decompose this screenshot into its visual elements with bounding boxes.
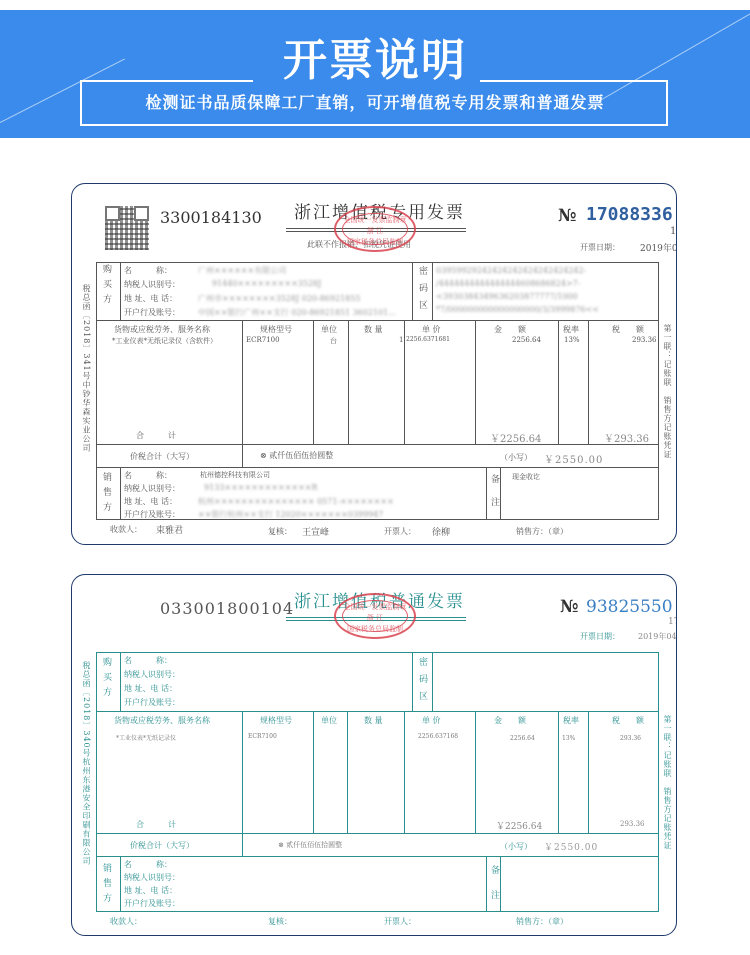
general-invoice: 033001800104 浙江增值税普通发票 全国统一发票监制章 浙 江 国家税… bbox=[72, 575, 677, 936]
cipher-label: 密码区 bbox=[416, 657, 429, 708]
invoice-grid bbox=[96, 652, 659, 912]
item-amount: 2256.64 bbox=[510, 735, 535, 742]
item-price: 2256.637168 bbox=[418, 733, 458, 740]
buyer-field: 名 称： bbox=[124, 655, 172, 666]
column-header: 规格型号 bbox=[260, 715, 292, 726]
seller-value: 9133×××××××××××××R bbox=[204, 483, 318, 492]
buyer-value: 广州××××××有限公司 bbox=[198, 265, 286, 276]
seller-field: 地 址、电 话： bbox=[124, 496, 177, 507]
item-price: 2256.6371681 bbox=[406, 336, 450, 343]
buyer-value: 91440×××××××××3528J bbox=[212, 279, 321, 288]
seller-seal-label: 销售方：（章） bbox=[516, 526, 568, 537]
total-tax: 293.36 bbox=[620, 820, 645, 828]
item-rate: 13% bbox=[562, 735, 575, 742]
invoice-date: 2019年04月01日 bbox=[640, 241, 677, 254]
remark-label: 备注 bbox=[488, 474, 501, 520]
column-header: 货物或应税劳务、服务名称 bbox=[114, 715, 210, 726]
page-subtitle: 检测证书品质保障工厂直销，可开增值税专用发票和普通发票 bbox=[0, 90, 750, 113]
column-header: 税率 bbox=[563, 715, 579, 726]
item-spec: ECR7100 bbox=[246, 336, 280, 344]
printer-note: 税总函〔2018〕340号杭州东港安全印刷有限公司 bbox=[81, 661, 92, 866]
cipher-line: <3930384349636203877777/1000 bbox=[436, 292, 578, 301]
buyer-field: 开户行及账号： bbox=[124, 697, 180, 708]
column-header: 税 额 bbox=[612, 324, 644, 335]
buyer-field: 地 址、电 话： bbox=[124, 683, 177, 694]
item-rate: 13% bbox=[564, 336, 580, 344]
seller-value: 杭州××××××××××××××× 0571-×××××××× bbox=[198, 496, 394, 507]
general-invoice-card: 033001800104 浙江增值税普通发票 全国统一发票监制章 浙 江 国家税… bbox=[71, 574, 677, 936]
buyer-value: 广州市××××××××3528J 020-86921855 bbox=[198, 293, 360, 304]
seller-field: 开户行及账号： bbox=[124, 509, 180, 520]
number-label: № bbox=[558, 206, 576, 226]
copy-label: 第一联：记账联 销售方记账凭证 bbox=[662, 324, 673, 459]
seller-field: 纳税人识别号： bbox=[124, 872, 180, 883]
remark-text: 现金收讫 bbox=[512, 472, 540, 482]
cipher-line: *7/000000000000000000/3/3999876<< bbox=[436, 305, 599, 314]
total-label: 合 计 bbox=[136, 430, 176, 441]
column-header: 货物或应税劳务、服务名称 bbox=[114, 324, 210, 335]
invoice-code: 033001800104 bbox=[160, 599, 294, 618]
item-spec: ECR7100 bbox=[248, 733, 277, 740]
cipher-label: 密码区 bbox=[416, 266, 429, 317]
seller-value: ××银行杭州××支行 12020×××××××0399947 bbox=[198, 509, 383, 520]
drawer-label: 开票人： bbox=[384, 526, 416, 537]
drawer-label: 开票人： bbox=[384, 916, 416, 927]
seller-field: 名 称： bbox=[124, 470, 172, 481]
official-stamp: 全国统一发票监制章 浙 江 国家税务总局监制 bbox=[334, 593, 416, 639]
header-banner: 开票说明 检测证书品质保障工厂直销，可开增值税专用发票和普通发票 bbox=[0, 10, 750, 138]
column-header: 单位 bbox=[321, 715, 337, 726]
seller-field: 地 址、电 话： bbox=[124, 885, 177, 896]
reviewer-label: 复核： bbox=[268, 916, 292, 927]
remark-label: 备注 bbox=[488, 865, 501, 915]
seller-name: 杭州德控科技有限公司 bbox=[200, 470, 270, 480]
copy-label: 第一联：记账联 销售方记账凭证 bbox=[662, 715, 673, 850]
item-name: *工业仪表*无纸记录仪 bbox=[116, 733, 176, 742]
grand-total-words: ⊗ 贰仟伍佰伍拾圆整 bbox=[260, 450, 333, 461]
seller-field: 名 称： bbox=[124, 859, 172, 870]
printer-note: 税总函〔2018〕341号中钞华森实业公司 bbox=[81, 284, 92, 453]
payee-label: 收款人： bbox=[110, 916, 142, 927]
column-header: 税 额 bbox=[612, 715, 644, 726]
buyer-field: 名 称： bbox=[124, 265, 172, 276]
qr-code-icon bbox=[105, 206, 149, 250]
special-invoice: 3300184130 浙江增值税专用发票 此联不作报销、扣税凭证使用 全国统一发… bbox=[72, 184, 677, 545]
buyer-value: 中国××银行广州××支行 020-86921851 3602101... bbox=[198, 307, 396, 318]
special-invoice-card: 3300184130 浙江增值税专用发票 此联不作报销、扣税凭证使用 全国统一发… bbox=[71, 183, 677, 545]
seller-side-label: 销售方 bbox=[100, 863, 113, 908]
invoice-number: 93825550 bbox=[586, 597, 673, 617]
grand-small-label: （小写） bbox=[500, 841, 532, 852]
official-stamp: 全国统一发票监制章 浙 江 国家税务总局监制 bbox=[334, 206, 416, 252]
drawer-name: 徐柳 bbox=[432, 525, 450, 538]
reviewer-name: 王宣峰 bbox=[302, 525, 329, 538]
item-amount: 2256.64 bbox=[512, 336, 541, 344]
total-amount: ￥2256.64 bbox=[490, 430, 541, 445]
column-header: 数 量 bbox=[364, 715, 383, 726]
grand-total-label: 价税合计（大写） bbox=[130, 840, 194, 851]
column-header: 规格型号 bbox=[260, 324, 292, 335]
column-header: 金 额 bbox=[494, 715, 526, 726]
invoice-number: 17088336 bbox=[586, 204, 673, 225]
item-qty: 1 bbox=[399, 336, 403, 344]
buyer-side-label: 购买方 bbox=[100, 657, 113, 702]
small-number: 17088336 bbox=[668, 617, 677, 627]
column-header: 税率 bbox=[563, 324, 579, 335]
column-header: 数 量 bbox=[364, 324, 383, 335]
grand-total-label: 价税合计（大写） bbox=[130, 451, 194, 462]
cipher-line: /4444444444444444608686824>7- bbox=[436, 279, 580, 288]
payee-label: 收款人： bbox=[110, 524, 142, 535]
item-name: *工业仪表*无纸记录仪（含软件） bbox=[112, 336, 242, 346]
invoice-date: 2019年04月01日 bbox=[638, 631, 677, 642]
grand-total-amount: ￥2550.00 bbox=[544, 451, 603, 466]
item-tax: 293.36 bbox=[620, 735, 641, 742]
invoice-code: 3300184130 bbox=[160, 208, 262, 227]
buyer-field: 纳税人识别号： bbox=[124, 279, 180, 290]
column-header: 单位 bbox=[321, 324, 337, 335]
grand-total-amount: ￥2550.00 bbox=[544, 840, 598, 853]
seller-side-label: 销售方 bbox=[100, 472, 113, 517]
date-label: 开票日期： bbox=[580, 631, 620, 642]
cipher-line: 03959929242424242424242424242- bbox=[436, 266, 586, 275]
seller-field: 开户行及账号： bbox=[124, 898, 180, 909]
buyer-side-label: 购买方 bbox=[100, 264, 113, 309]
number-label: № bbox=[560, 597, 578, 617]
seller-field: 纳税人识别号： bbox=[124, 483, 180, 494]
column-header: 金 额 bbox=[494, 324, 526, 335]
seller-seal-label: 销售方：（章） bbox=[516, 916, 568, 927]
small-number: 17088336 bbox=[670, 226, 677, 237]
item-unit: 台 bbox=[330, 336, 337, 346]
date-label: 开票日期： bbox=[580, 242, 620, 253]
grand-total-words: ⊗ 贰仟伍佰伍拾圆整 bbox=[278, 840, 342, 850]
column-header: 单 价 bbox=[422, 324, 441, 335]
buyer-field: 地 址、电 话： bbox=[124, 293, 177, 304]
total-label: 合 计 bbox=[136, 819, 176, 830]
payee-name: 束雅君 bbox=[156, 523, 183, 536]
total-tax: ￥293.36 bbox=[604, 430, 649, 445]
reviewer-label: 复核： bbox=[268, 526, 292, 537]
item-tax: 293.36 bbox=[632, 336, 657, 344]
column-header: 单 价 bbox=[422, 715, 441, 726]
grand-small-label: （小写） bbox=[500, 452, 532, 463]
buyer-field: 纳税人识别号： bbox=[124, 669, 180, 680]
page-title: 开票说明 bbox=[0, 24, 750, 88]
buyer-field: 开户行及账号： bbox=[124, 307, 180, 318]
total-amount: ￥2256.64 bbox=[496, 819, 542, 832]
